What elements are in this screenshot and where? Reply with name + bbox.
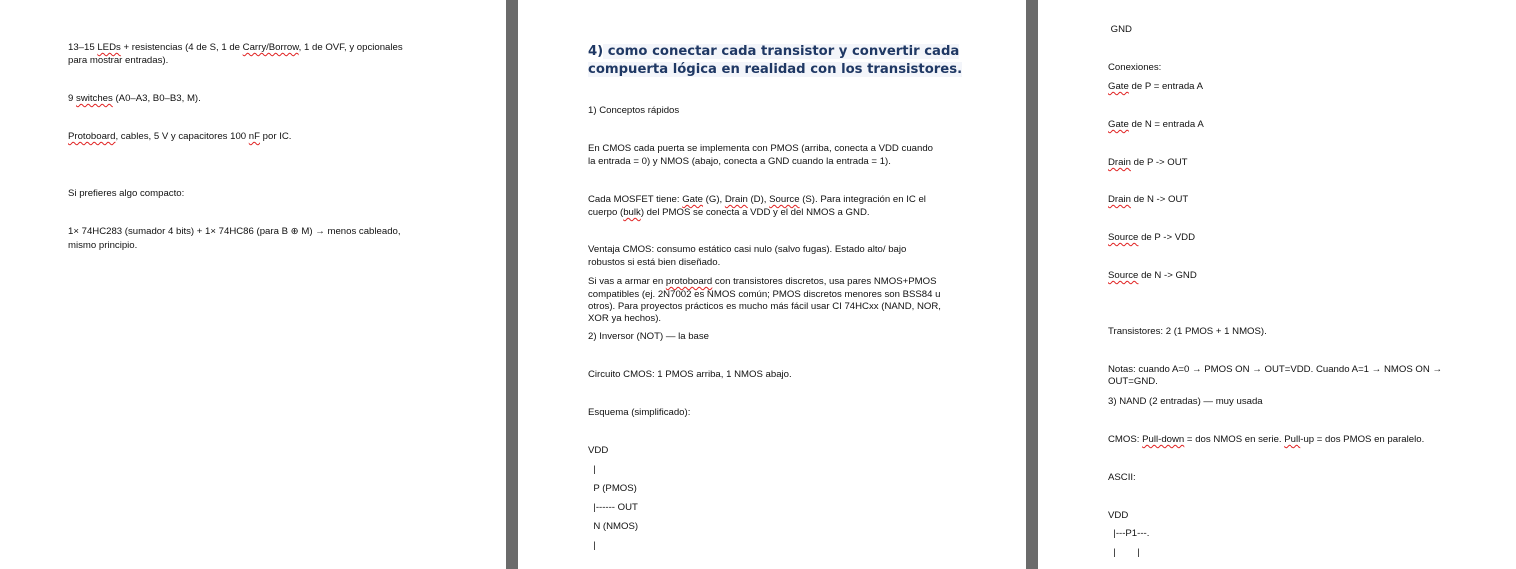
paragraph-protoboard[interactable]: Protoboard, cables, 5 V y capacitores 10… [68, 131, 291, 144]
paragraph-cmos-1[interactable]: En CMOS cada puerta se implementa con PM… [588, 143, 933, 156]
paragraph-ic-line2[interactable]: mismo principio. [68, 240, 137, 253]
text: 13–15 [68, 42, 97, 53]
misspelled-word[interactable]: Protoboard [68, 131, 115, 142]
ascii-line[interactable]: | | [1108, 547, 1140, 560]
connection-item[interactable]: Gate de P = entrada A [1108, 81, 1203, 94]
ascii-gnd[interactable]: GND [1108, 24, 1132, 37]
misspelled-word[interactable]: Source [1108, 232, 1138, 243]
section-heading[interactable]: 4) como conectar cada transistor y conve… [588, 43, 988, 79]
misspelled-word[interactable]: switches [76, 93, 113, 104]
text: (G), [703, 194, 725, 205]
text: (A0–A3, B0–B3, M). [113, 93, 201, 104]
paragraph-notas-1[interactable]: Notas: cuando A=0 → PMOS ON → OUT=VDD. C… [1108, 364, 1442, 377]
misspelled-word[interactable]: Drain [725, 194, 748, 205]
paragraph-ventaja-2[interactable]: robustos si está bien diseñado. [588, 257, 720, 270]
text: cuerpo ( [588, 207, 623, 218]
paragraph-conexiones[interactable]: Conexiones: [1108, 62, 1161, 75]
text: CMOS: [1108, 434, 1142, 445]
heading-line1: como conectar cada transistor y converti… [603, 44, 959, 59]
ascii-line[interactable]: |---P1---. [1108, 528, 1149, 541]
text: ) del PMOS se conecta a VDD y el del NMO… [641, 207, 870, 218]
paragraph-notas-2[interactable]: OUT=GND. [1108, 376, 1158, 389]
document-page-3: GND Conexiones: Gate de P = entrada A Ga… [1038, 0, 1516, 569]
misspelled-word[interactable]: protoboard [666, 276, 712, 287]
connection-item[interactable]: Source de P -> VDD [1108, 232, 1195, 245]
text: (S). Para integración en IC el [800, 194, 926, 205]
text: Si vas a armar en [588, 276, 666, 287]
document-page-1: 13–15 LEDs + resistencias (4 de S, 1 de … [0, 0, 506, 569]
misspelled-word[interactable]: Gate [682, 194, 703, 205]
paragraph-mosfet-2[interactable]: cuerpo (bulk) del PMOS se conecta a VDD … [588, 207, 870, 220]
text: , 1 de OVF, y opcionales [299, 42, 403, 53]
ascii-line[interactable]: VDD [588, 445, 608, 458]
document-page-2: 4) como conectar cada transistor y conve… [518, 0, 1026, 569]
paragraph-circuito[interactable]: Circuito CMOS: 1 PMOS arriba, 1 NMOS aba… [588, 369, 792, 382]
misspelled-word[interactable]: Pull-down [1142, 434, 1184, 445]
paragraph-ic-line1[interactable]: 1× 74HC283 (sumador 4 bits) + 1× 74HC86 … [68, 226, 401, 239]
ascii-line[interactable]: P (PMOS) [588, 483, 637, 496]
text: de N -> GND [1138, 270, 1196, 281]
paragraph-leds-line2[interactable]: para mostrar entradas). [68, 55, 168, 68]
heading-line2: compuerta lógica en realidad con los tra… [588, 62, 962, 77]
text: de P -> OUT [1131, 157, 1188, 168]
misspelled-word[interactable]: Gate [1108, 119, 1129, 130]
ascii-line[interactable]: | [588, 464, 596, 477]
text: de P = entrada A [1129, 81, 1203, 92]
paragraph-ventaja-1[interactable]: Ventaja CMOS: consumo estático casi nulo… [588, 244, 906, 257]
text: de N -> OUT [1131, 194, 1188, 205]
ascii-line[interactable]: | [588, 540, 596, 553]
text: de N = entrada A [1129, 119, 1204, 130]
text: (D), [748, 194, 769, 205]
connection-item[interactable]: Gate de N = entrada A [1108, 119, 1204, 132]
paragraph-cmos-nand[interactable]: CMOS: Pull-down = dos NMOS en serie. Pul… [1108, 434, 1424, 447]
paragraph-protoboard-2[interactable]: compatibles (ej. 2N7002 es NMOS común; P… [588, 289, 940, 302]
text: = dos NMOS en serie. [1184, 434, 1284, 445]
connection-item[interactable]: Drain de N -> OUT [1108, 194, 1188, 207]
paragraph-protoboard[interactable]: Si vas a armar en protoboard con transis… [588, 276, 936, 289]
misspelled-word[interactable]: Drain [1108, 157, 1131, 168]
misspelled-word[interactable]: bulk [623, 207, 641, 218]
text: por IC. [260, 131, 291, 142]
misspelled-word[interactable]: Carry/Borrow [243, 42, 299, 53]
paragraph-cmos-2[interactable]: la entrada = 0) y NMOS (abajo, conecta a… [588, 156, 891, 169]
misspelled-word[interactable]: nF [249, 131, 260, 142]
text: -up = dos PMOS en paralelo. [1300, 434, 1424, 445]
connection-item[interactable]: Source de N -> GND [1108, 270, 1197, 283]
paragraph-transistores[interactable]: Transistores: 2 (1 PMOS + 1 NMOS). [1108, 326, 1267, 339]
paragraph-protoboard-4[interactable]: XOR ya hechos). [588, 313, 661, 326]
heading-number: 4) [588, 44, 603, 59]
subheading-conceptos[interactable]: 1) Conceptos rápidos [588, 105, 679, 118]
paragraph-switches[interactable]: 9 switches (A0–A3, B0–B3, M). [68, 93, 201, 106]
text: 9 [68, 93, 76, 104]
paragraph-protoboard-3[interactable]: otros). Para proyectos prácticos es much… [588, 301, 941, 314]
paragraph-mosfet[interactable]: Cada MOSFET tiene: Gate (G), Drain (D), … [588, 194, 926, 207]
misspelled-word[interactable]: Source [769, 194, 799, 205]
paragraph-ascii-label[interactable]: ASCII: [1108, 472, 1136, 485]
paragraph-leds[interactable]: 13–15 LEDs + resistencias (4 de S, 1 de … [68, 42, 403, 55]
ascii-line[interactable]: VDD [1108, 510, 1128, 523]
misspelled-word[interactable]: Source [1108, 270, 1138, 281]
misspelled-word[interactable]: LEDs [97, 42, 120, 53]
connection-item[interactable]: Drain de P -> OUT [1108, 157, 1188, 170]
paragraph-esquema[interactable]: Esquema (simplificado): [588, 407, 690, 420]
text: , cables, 5 V y capacitores 100 [115, 131, 248, 142]
paragraph-compact[interactable]: Si prefieres algo compacto: [68, 188, 184, 201]
text: Cada MOSFET tiene: [588, 194, 682, 205]
misspelled-word[interactable]: Drain [1108, 194, 1131, 205]
subheading-inversor[interactable]: 2) Inversor (NOT) — la base [588, 331, 709, 344]
text: con transistores discretos, usa pares NM… [712, 276, 936, 287]
misspelled-word[interactable]: Gate [1108, 81, 1129, 92]
ascii-line[interactable]: |------ OUT [588, 502, 638, 515]
ascii-line[interactable]: N (NMOS) [588, 521, 638, 534]
subheading-nand[interactable]: 3) NAND (2 entradas) — muy usada [1108, 396, 1263, 409]
misspelled-word[interactable]: Pull [1284, 434, 1300, 445]
text: de P -> VDD [1138, 232, 1195, 243]
text: + resistencias (4 de S, 1 de [121, 42, 243, 53]
